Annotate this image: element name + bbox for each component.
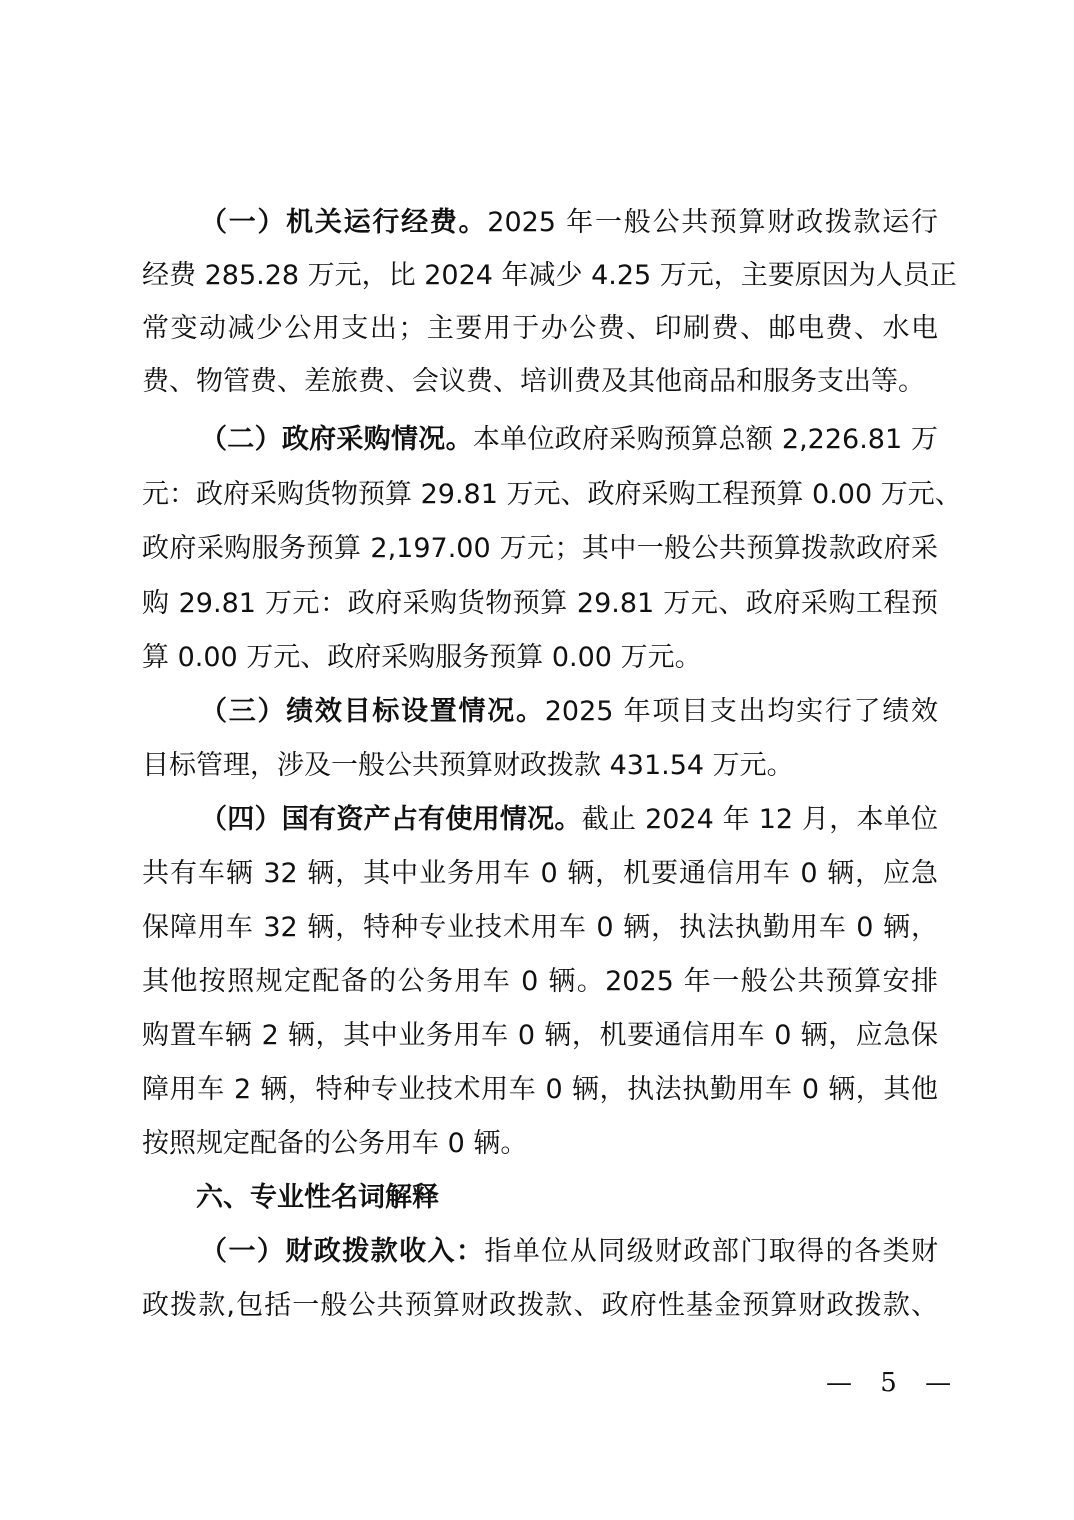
section-label: （三）绩效目标设置情况。 — [200, 696, 545, 727]
paragraph-line: 购置车辆 2 辆，其中业务用车 0 辆，机要通信用车 0 辆，应急保 — [142, 1016, 938, 1056]
paragraph-line: 费、物管费、差旅费、会议费、培训费及其他商品和服务支出等。 — [142, 362, 938, 402]
section-label: （二）政府采购情况。 — [200, 424, 473, 455]
paragraph-line: 保障用车 32 辆，特种专业技术用车 0 辆，执法执勤用车 0 辆， — [142, 908, 938, 948]
paragraph-line: 购 29.81 万元：政府采购货物预算 29.81 万元、政府采购工程预 — [142, 584, 938, 624]
definition-label: （一）财政拨款收入： — [200, 1236, 484, 1267]
paragraph-line: 常变动减少公用支出；主要用于办公费、印刷费、邮电费、水电 — [142, 309, 938, 349]
paragraph-line: （三）绩效目标设置情况。2025 年项目支出均实行了绩效 — [200, 692, 938, 732]
paragraph-line: （二）政府采购情况。本单位政府采购预算总额 2,226.81 万 — [200, 420, 938, 460]
page-number: — 5 — — [826, 1368, 961, 1398]
paragraph-line: 目标管理，涉及一般公共预算财政拨款 431.54 万元。 — [142, 746, 938, 786]
paragraph-line: 经费 285.28 万元，比 2024 年减少 4.25 万元，主要原因为人员正 — [142, 256, 938, 296]
paragraph-line: 按照规定配备的公务用车 0 辆。 — [142, 1124, 938, 1164]
paragraph-line: 算 0.00 万元、政府采购服务预算 0.00 万元。 — [142, 638, 938, 678]
section-label: （四）国有资产占有使用情况。 — [200, 804, 582, 835]
paragraph-line: 障用车 2 辆，特种专业技术用车 0 辆，执法执勤用车 0 辆，其他 — [142, 1070, 938, 1110]
paragraph-line: 共有车辆 32 辆，其中业务用车 0 辆，机要通信用车 0 辆，应急 — [142, 854, 938, 894]
paragraph-line: 政府采购服务预算 2,197.00 万元；其中一般公共预算拨款政府采 — [142, 529, 938, 569]
paragraph-line: 其他按照规定配备的公务用车 0 辆。2025 年一般公共预算安排 — [142, 962, 938, 1002]
paragraph-line: 政拨款,包括一般公共预算财政拨款、政府性基金预算财政拨款、 — [142, 1286, 938, 1326]
paragraph-line: （一）财政拨款收入：指单位从同级财政部门取得的各类财 — [200, 1232, 938, 1272]
section-heading: 六、专业性名词解释 — [196, 1178, 439, 1218]
paragraph-line: （一）机关运行经费。2025 年一般公共预算财政拨款运行 — [200, 203, 938, 243]
paragraph-line: 元：政府采购货物预算 29.81 万元、政府采购工程预算 0.00 万元、 — [142, 475, 938, 515]
paragraph-line: （四）国有资产占有使用情况。截止 2024 年 12 月，本单位 — [200, 800, 938, 840]
document-page: （一）机关运行经费。2025 年一般公共预算财政拨款运行 经费 285.28 万… — [0, 0, 1074, 1520]
section-label: （一）机关运行经费。 — [200, 207, 487, 238]
